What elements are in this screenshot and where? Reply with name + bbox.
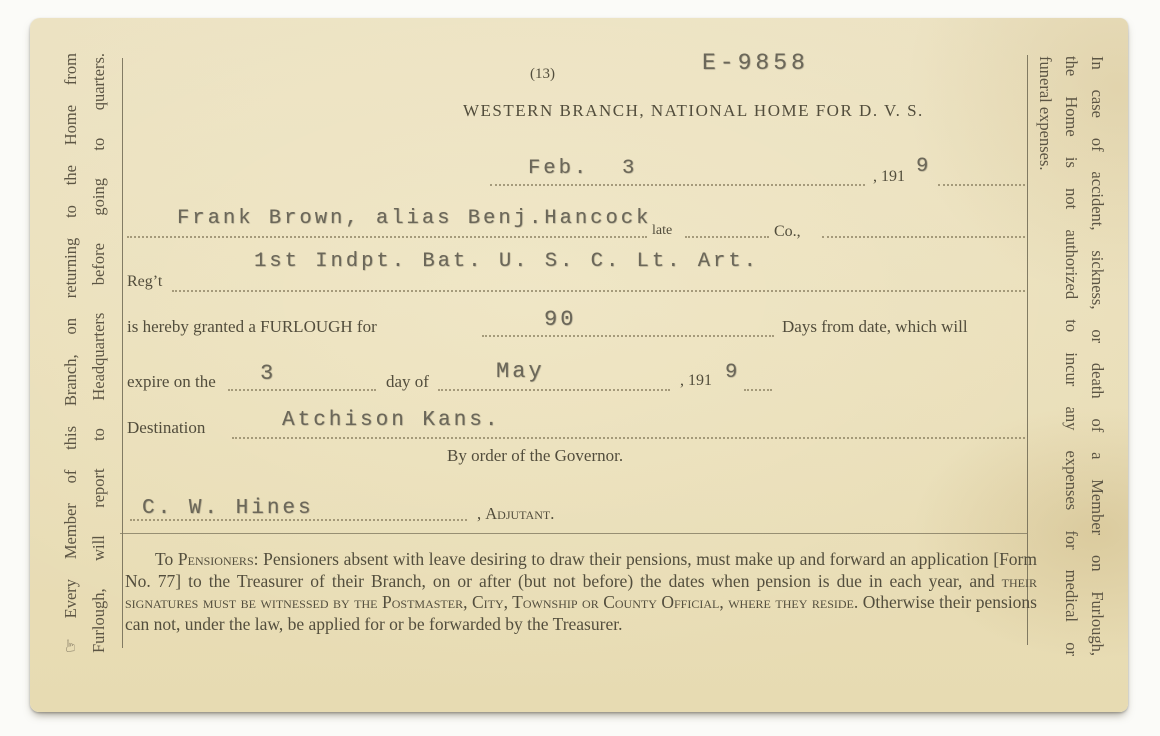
company-label: Co., bbox=[774, 223, 801, 241]
manicule-icon: ☞ bbox=[61, 638, 80, 653]
left-margin-note: ☞ Every Member of this Branch, on return… bbox=[57, 53, 115, 653]
regt-label: Reg’t bbox=[127, 273, 162, 291]
regiment-dotted-line bbox=[172, 288, 1025, 292]
furlough-suffix: Days from date, which will bbox=[782, 317, 968, 337]
typed-date-year: 9 bbox=[916, 155, 931, 178]
late-label: late bbox=[652, 223, 672, 239]
adjutant-title: Adjutant. bbox=[485, 504, 554, 523]
footer-divider bbox=[120, 533, 1028, 534]
left-margin-note-line1: ☞ Every Member of this Branch, on return… bbox=[57, 53, 85, 653]
destination-label: Destination bbox=[127, 418, 205, 438]
expire-dotted-line-tail bbox=[744, 387, 772, 391]
pensioners-lead: Pensioners: bbox=[178, 549, 259, 569]
name-dotted-line-tail bbox=[822, 234, 1025, 238]
typed-signature: C. W. Hines bbox=[142, 497, 314, 520]
typed-expire-day: 3 bbox=[260, 361, 276, 386]
expire-year-prefix: , 191 bbox=[680, 372, 712, 390]
typed-regiment: 1st Indpt. Bat. U. S. C. Lt. Art. bbox=[254, 250, 759, 273]
adjutant-comma: , bbox=[477, 504, 485, 523]
left-note-text1: Every Member of this Branch, on returnin… bbox=[61, 53, 80, 638]
expire-prefix: expire on the bbox=[127, 372, 216, 392]
furlough-dotted-line bbox=[482, 333, 774, 337]
date-year-prefix: , 191 bbox=[873, 168, 905, 186]
adjutant-label: , Adjutant. bbox=[477, 504, 554, 524]
typed-furlough-days: 90 bbox=[544, 307, 576, 332]
date-dotted-line bbox=[490, 182, 865, 186]
furlough-card: ☞ Every Member of this Branch, on return… bbox=[30, 18, 1128, 712]
pensioners-paragraph: To Pensioners: Pensioners absent with le… bbox=[125, 549, 1037, 635]
typed-name: Frank Brown, alias Benj.Hancock bbox=[177, 207, 651, 230]
document-heading: WESTERN BRANCH, NATIONAL HOME FOR D. V. … bbox=[463, 101, 924, 121]
right-margin-note-line1: In case of accident, sickness, or death … bbox=[1084, 56, 1110, 656]
name-dotted-line-mid bbox=[685, 234, 769, 238]
typed-destination: Atchison Kans. bbox=[282, 409, 500, 432]
right-margin-note: In case of accident, sickness, or death … bbox=[1030, 56, 1110, 656]
typed-date-month: Feb. bbox=[528, 157, 589, 180]
expire-day-dotted-line bbox=[228, 387, 376, 391]
left-margin-note-line2: Furlough, will report to Headquarters be… bbox=[85, 53, 113, 653]
expire-month-dotted-line bbox=[438, 387, 670, 391]
typed-expire-year: 9 bbox=[725, 361, 740, 384]
date-dotted-line-tail bbox=[938, 182, 1025, 186]
typed-expire-month: May bbox=[496, 359, 545, 384]
furlough-prefix: is hereby granted a FURLOUGH for bbox=[127, 317, 377, 337]
left-margin-rule bbox=[122, 58, 123, 648]
right-margin-note-line2: the Home is not authorized to incur any … bbox=[1058, 56, 1084, 656]
pensioners-body-1: Pensioners absent with leave desiring to… bbox=[125, 549, 1037, 591]
case-number: E-9858 bbox=[702, 50, 809, 76]
pensioners-lead-to: To bbox=[155, 549, 178, 569]
name-dotted-line bbox=[127, 234, 647, 238]
typed-date-day: 3 bbox=[622, 157, 637, 180]
day-of-label: day of bbox=[386, 372, 429, 392]
form-number: (13) bbox=[530, 66, 555, 83]
destination-dotted-line bbox=[232, 435, 1025, 439]
order-line: By order of the Governor. bbox=[447, 446, 623, 466]
